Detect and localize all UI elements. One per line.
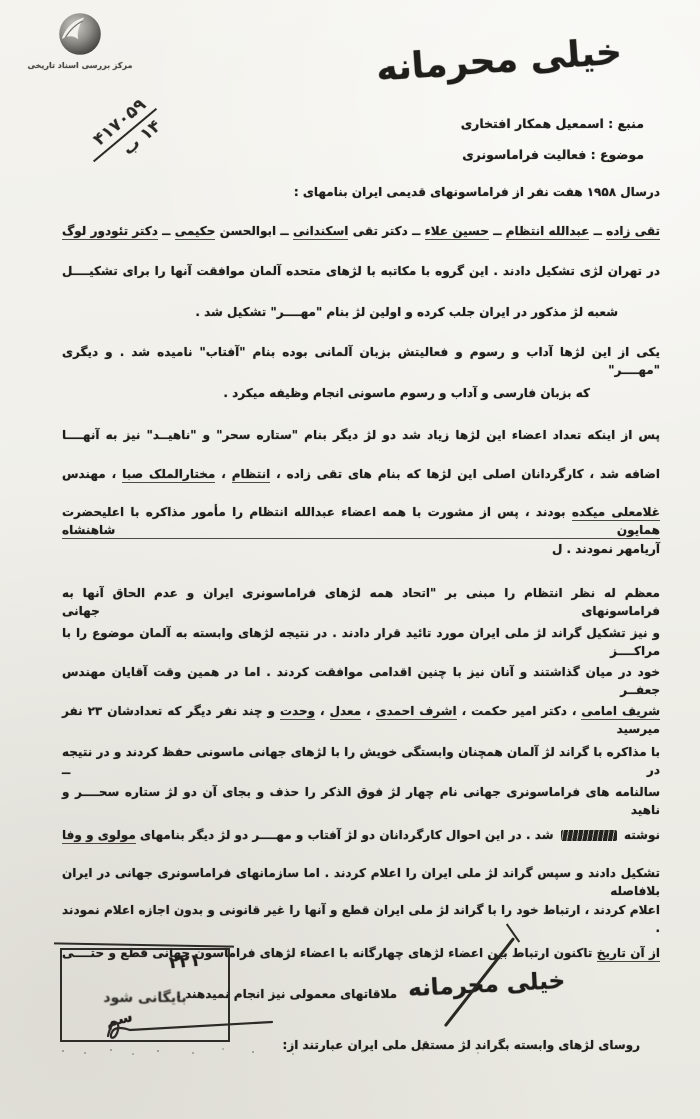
text-segment: خود در میان گذاشتند و آنان نیز با چنین ا…: [62, 665, 660, 697]
source-line: منبع : اسمعیل همکار افتخاری: [461, 116, 644, 131]
text-segment: روسای لژهای وابسته بگراند لژ مستقل ملی ا…: [283, 1038, 640, 1052]
document-line: سالنامه های فراماسونری جهانی نام چهار لژ…: [62, 783, 660, 819]
underlined-text: مولوی و وفا: [62, 828, 136, 844]
underlined-text: عبدالله انتظام: [506, 224, 590, 240]
text-segment: ــ: [158, 224, 175, 238]
text-segment: ،: [315, 704, 330, 718]
document-line: اضافه شد ، کارگردانان اصلی این لژها که ب…: [62, 465, 660, 483]
filing-number: ۲۲۱: [168, 951, 201, 974]
archive-logo-caption: مرکز بررسی اسناد تاریخی: [22, 61, 138, 70]
subject-line: موضوع : فعالیت فراماسونری: [462, 147, 644, 162]
document-line: تشکیل دادند و سپس گراند لژ ملی ایران را …: [62, 864, 660, 900]
text-segment: با مذاکره با گراند لژ آلمان همچنان وابست…: [62, 745, 660, 777]
text-segment: ،: [361, 704, 376, 718]
document-line: شریف امامی ، دکتر امیر حکمت ، اشرف احمدی…: [62, 702, 660, 738]
text-segment: شد . در این احوال کارگردانان دو لژ آفتاب…: [136, 828, 558, 842]
text-segment: در تهران لژی تشکیل دادند . این گروه با م…: [62, 264, 660, 278]
document-line: تقی زاده ــ عبدالله انتظام ــ حسین علاء …: [62, 222, 660, 240]
text-segment: تشکیل دادند و سپس گراند لژ ملی ایران را …: [62, 866, 660, 898]
underlined-text: معدل: [330, 704, 362, 720]
text-segment: ، دکتر امیر حکمت ،: [457, 704, 582, 718]
underlined-text: انتظام: [232, 467, 271, 483]
text-segment: ، مهندس: [62, 467, 122, 481]
text-segment: آریامهر نمودند . ل: [552, 542, 660, 556]
text-segment: ــ: [489, 224, 506, 238]
document-line: یکی از این لژها آداب و رسوم و فعالیتش بز…: [62, 343, 660, 379]
text-segment: ــ: [589, 224, 606, 238]
text-segment: اعلام کردند ، ارتباط خود را با گراند لژ …: [62, 903, 660, 935]
archive-logo: مرکز بررسی اسناد تاریخی: [22, 8, 138, 70]
document-line: شعبه لژ مذکور در ایران جلب کرده و اولین …: [195, 303, 618, 321]
text-segment: ،: [215, 467, 231, 481]
file-it-stamp-label: بایگانی شود: [80, 990, 210, 1006]
signature-scribble: [100, 1012, 280, 1048]
document-line: و نیز تشکیل گراند لژ ملی ایران مورد تائی…: [62, 624, 660, 660]
text-segment: اضافه شد ، کارگردانان اصلی این لژها که ب…: [270, 467, 660, 481]
text-segment: بودند ، پس از مشورت با همه اعضاء عبدالله…: [62, 505, 572, 519]
archive-logo-icon: [54, 8, 106, 60]
underlined-text: حسین علاء: [425, 224, 489, 240]
scan-noise: [62, 1050, 64, 1052]
document-line: نوشته شد . در این احوال کارگردانان دو لژ…: [62, 826, 660, 844]
document-line: پس از اینکه تعداد اعضاء این لژها زیاد شد…: [62, 426, 660, 444]
document-line: اعلام کردند ، ارتباط خود را با گراند لژ …: [62, 901, 660, 937]
classification-heading: خیلی محرمانه: [375, 31, 623, 89]
document-line: خود در میان گذاشتند و آنان نیز با چنین ا…: [62, 663, 660, 699]
document-line: با مذاکره با گراند لژ آلمان همچنان وابست…: [62, 743, 660, 779]
document-line: که بزبان فارسی و آداب و رسوم ماسونی انجا…: [223, 384, 590, 402]
redaction-scribble: [561, 830, 617, 841]
underlined-text: همایون شاهنشاه: [62, 523, 660, 539]
underlined-text: شریف امامی: [581, 704, 660, 720]
underlined-text: وحدت: [280, 704, 315, 720]
text-segment: معظم له نظر انتظام را مبنی بر "اتحاد همه…: [62, 586, 660, 618]
document-line: روسای لژهای وابسته بگراند لژ مستقل ملی ا…: [283, 1036, 640, 1054]
archive-number: ۴۱۷۰۵۹ ۱۴ ب: [79, 91, 172, 179]
text-segment: ــ دکتر تقی: [348, 224, 424, 238]
text-segment: و نیز تشکیل گراند لژ ملی ایران مورد تائی…: [62, 626, 660, 658]
text-segment: پس از اینکه تعداد اعضاء این لژها زیاد شد…: [62, 428, 660, 442]
text-segment: که بزبان فارسی و آداب و رسوم ماسونی انجا…: [223, 386, 590, 400]
text-segment: شعبه لژ مذکور در ایران جلب کرده و اولین …: [195, 305, 618, 319]
document-line: معظم له نظر انتظام را مبنی بر "اتحاد همه…: [62, 584, 660, 620]
underlined-text: دکتر تئودور لوگ: [62, 224, 158, 240]
underlined-text: از آن تاریخ: [597, 946, 660, 962]
document-line: در تهران لژی تشکیل دادند . این گروه با م…: [62, 262, 660, 280]
document-line: آریامهر نمودند . ل: [552, 540, 660, 558]
text-segment: نوشته: [620, 828, 660, 842]
underlined-text: اسکندانی: [293, 224, 348, 240]
scanned-document-page: مرکز بررسی اسناد تاریخی خیلی محرمانه منب…: [0, 0, 700, 1119]
underlined-text: اشرف احمدی: [376, 704, 457, 720]
text-segment: درسال ۱۹۵۸ هفت نفر از فراماسونهای قدیمی …: [294, 185, 660, 199]
document-line: درسال ۱۹۵۸ هفت نفر از فراماسونهای قدیمی …: [294, 183, 660, 201]
text-segment: ــ ابوالحسن: [215, 224, 293, 238]
text-segment: یکی از این لژها آداب و رسوم و فعالیتش بز…: [62, 345, 660, 377]
underlined-text: غلامعلی میکده: [572, 505, 660, 521]
underlined-text: حکیمی: [175, 224, 216, 240]
underlined-text: تقی زاده: [606, 224, 660, 240]
text-segment: سالنامه های فراماسونری جهانی نام چهار لژ…: [62, 785, 660, 817]
document-line: غلامعلی میکده بودند ، پس از مشورت با همه…: [62, 503, 660, 539]
underlined-text: مختارالملک صبا: [122, 467, 215, 483]
